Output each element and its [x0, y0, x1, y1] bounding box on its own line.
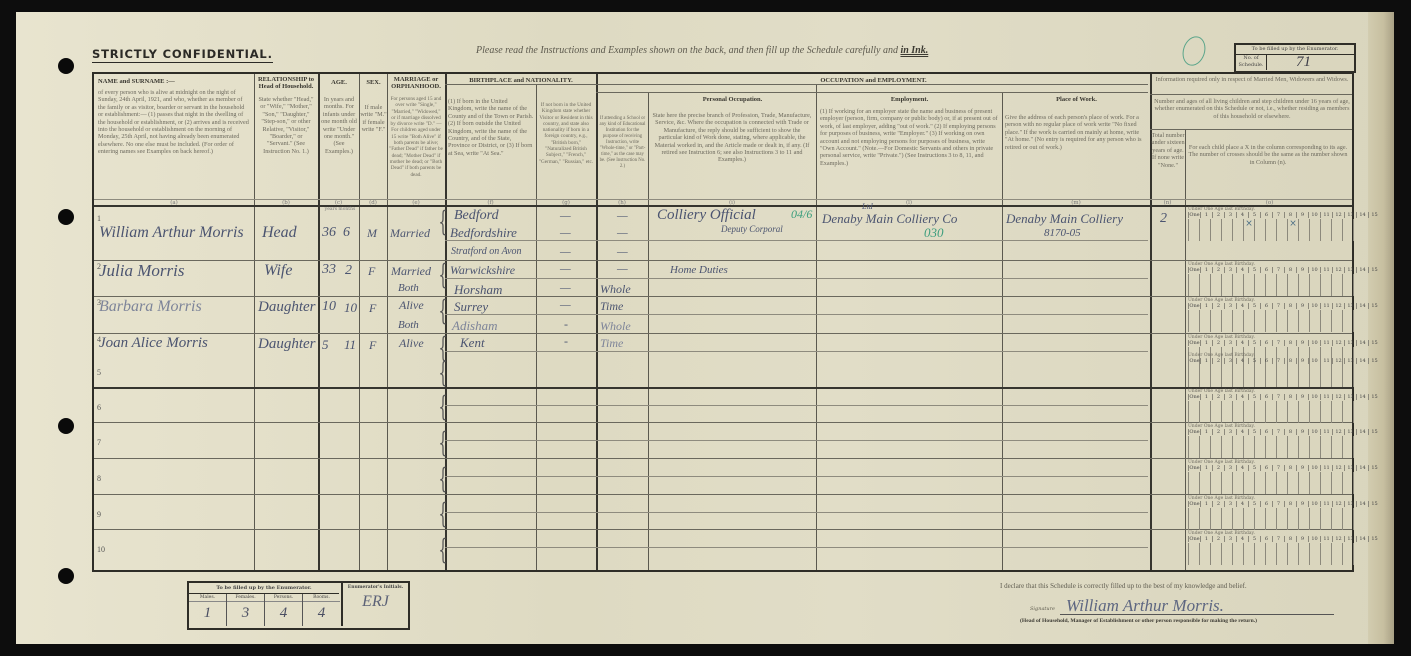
age-years: 5: [322, 337, 329, 353]
age-label: 3: [1224, 340, 1236, 346]
age-cell: [1199, 472, 1210, 494]
age-label: 1: [1200, 340, 1212, 346]
row-divider: [94, 458, 1352, 459]
label: Females.: [227, 594, 264, 602]
col-c-text: In years and months. For infants under o…: [321, 96, 357, 155]
relationship: Head: [262, 224, 297, 242]
age-label: 8: [1284, 536, 1296, 542]
age-cell: [1309, 401, 1320, 423]
age-cell: [1243, 472, 1254, 494]
age-label: 9: [1296, 394, 1308, 400]
age-grid-cells: [1188, 274, 1364, 296]
age-cell: [1353, 543, 1364, 565]
row-divider: [94, 529, 1352, 530]
age-cell: [1265, 543, 1276, 565]
instruction-emphasis: in Ink.: [900, 45, 928, 56]
birthplace-town: Adisham: [452, 318, 498, 334]
age-cell: [1210, 543, 1221, 565]
age-label: 8: [1284, 465, 1296, 471]
schooling: —: [617, 225, 628, 240]
person-name: Julia Morris: [99, 261, 184, 281]
age-label: 6: [1260, 394, 1272, 400]
age-label: 5: [1248, 267, 1260, 273]
age-cell: [1298, 472, 1309, 494]
col-divider: [387, 74, 388, 570]
col-letter: (l): [816, 200, 1002, 206]
age-label: 3: [1224, 303, 1236, 309]
age-label: 7: [1272, 303, 1284, 309]
occupation: Home Duties: [670, 264, 728, 276]
age-cell: [1188, 543, 1199, 565]
age-cell: [1232, 401, 1243, 423]
age-cell: [1298, 543, 1309, 565]
age-label: 12: [1332, 303, 1344, 309]
col-h-text: If attending a School or any kind of Edu…: [598, 116, 647, 170]
age-label: 12: [1332, 340, 1344, 346]
col-letter: (o): [1185, 200, 1354, 206]
orphanhood-status: Both: [398, 282, 419, 294]
age-label: 12: [1332, 212, 1344, 218]
age-label: 8: [1284, 340, 1296, 346]
row-divider: [445, 476, 1148, 477]
age-label: 15: [1368, 358, 1380, 364]
label: Persons.: [265, 594, 302, 602]
age-label: 7: [1272, 465, 1284, 471]
age-label: 7: [1272, 212, 1284, 218]
nationality: —: [560, 261, 571, 276]
age-label: 9: [1296, 536, 1308, 542]
age-label: 3: [1224, 212, 1236, 218]
age-grid-numbers: One123456789101112131415: [1188, 267, 1380, 273]
age-label: 12: [1332, 465, 1344, 471]
row-divider: [445, 314, 1148, 315]
age-cell: [1243, 401, 1254, 423]
age-label: 6: [1260, 429, 1272, 435]
age-cell: [1298, 219, 1309, 241]
col-a-title: NAME and SURNAME :—: [98, 78, 248, 85]
age-cell: [1353, 508, 1364, 530]
col-c-title: AGE.: [319, 79, 359, 86]
nationality: -: [564, 334, 568, 349]
orphanhood-status: Alive: [399, 298, 424, 313]
age-label: 12: [1332, 501, 1344, 507]
age-label: 6: [1260, 303, 1272, 309]
age-cell: [1276, 472, 1287, 494]
birthplace-town: Horsham: [454, 282, 502, 298]
sex: M: [367, 226, 377, 241]
age-cell: ×: [1243, 219, 1254, 241]
age-cell: [1232, 436, 1243, 458]
sex: F: [368, 264, 375, 279]
brace: {: [438, 500, 447, 528]
brace: {: [438, 261, 447, 289]
age-cell: [1331, 365, 1342, 387]
age-label: 10: [1308, 267, 1320, 273]
age-cell: [1188, 219, 1199, 241]
age-grid-cells: [1188, 401, 1364, 423]
age-label: 11: [1320, 536, 1332, 542]
col-divider: [318, 74, 320, 570]
age-label: 2: [1212, 394, 1224, 400]
col-j-text: (1) If working for an employer state the…: [820, 108, 1000, 167]
col-o-text: For each child place a X in the column c…: [1188, 144, 1348, 166]
col-k-text: Give the address of each person's place …: [1005, 114, 1147, 151]
row-divider: [445, 405, 1148, 406]
age-cell: [1320, 310, 1331, 332]
age-cell: [1298, 401, 1309, 423]
age-cell: [1232, 219, 1243, 241]
age-cell: [1265, 472, 1276, 494]
age-cell: [1276, 219, 1287, 241]
birthplace-county: Surrey: [454, 299, 488, 315]
age-label: 13: [1344, 303, 1356, 309]
age-cell: [1221, 401, 1232, 423]
age-label: 1: [1200, 465, 1212, 471]
age-grid-numbers: One123456789101112131415: [1188, 429, 1380, 435]
col-letter: (f): [445, 200, 536, 206]
age-months: 2: [345, 263, 352, 279]
age-label: 3: [1224, 429, 1236, 435]
age-label: 6: [1260, 501, 1272, 507]
age-cell: [1265, 219, 1276, 241]
age-label: 13: [1344, 267, 1356, 273]
age-label: 8: [1284, 501, 1296, 507]
age-cell: [1287, 401, 1298, 423]
age-label: 12: [1332, 536, 1344, 542]
age-label: 4: [1236, 212, 1248, 218]
col-d-text: If male write "M." if female write "F.": [360, 104, 387, 134]
age-cell: [1276, 365, 1287, 387]
age-label: 3: [1224, 536, 1236, 542]
paper-edge: [1368, 12, 1394, 644]
age-cell: [1353, 401, 1364, 423]
age-cell: [1210, 472, 1221, 494]
age-label: 14: [1356, 429, 1368, 435]
age-cell: [1243, 543, 1254, 565]
age-label: 1: [1200, 501, 1212, 507]
schooling: —: [617, 208, 628, 223]
col-j-title: Employment.: [817, 96, 1002, 103]
col-divider: [648, 92, 649, 570]
age-label: One: [1188, 358, 1200, 364]
nationality: —: [560, 244, 571, 259]
age-label: 10: [1308, 536, 1320, 542]
person-name: William Arthur Morris: [99, 224, 244, 242]
age-grid-numbers: One123456789101112131415: [1188, 303, 1380, 309]
age-label: 1: [1200, 394, 1212, 400]
age-cell: [1188, 401, 1199, 423]
age-label: One: [1188, 267, 1200, 273]
age-label: 15: [1368, 536, 1380, 542]
age-label: 15: [1368, 465, 1380, 471]
age-cell: [1331, 543, 1342, 565]
col-letter: (d): [359, 200, 387, 206]
col-divider: [254, 74, 255, 570]
enumerator-initials: Enumerator's Initials.ERJ: [341, 583, 408, 626]
declaration-text: I declare that this Schedule is correctl…: [1000, 582, 1247, 590]
age-cell: [1309, 365, 1320, 387]
col-n-text: Total number under sixteen years of age.…: [1151, 132, 1185, 169]
age-label: 4: [1236, 465, 1248, 471]
nationality: —: [560, 225, 571, 240]
row-divider: [445, 440, 1148, 441]
punch-hole: [58, 568, 74, 584]
age-cell: [1320, 365, 1331, 387]
age-cell: [1320, 508, 1331, 530]
age-label: 14: [1356, 212, 1368, 218]
age-label: 10: [1308, 212, 1320, 218]
age-grid-cells: [1188, 508, 1364, 530]
age-label: 15: [1368, 267, 1380, 273]
age-cell: [1199, 365, 1210, 387]
age-label: 10: [1308, 429, 1320, 435]
age-cell: [1254, 310, 1265, 332]
age-label: 2: [1212, 358, 1224, 364]
row-divider: [94, 296, 1352, 297]
brace: {: [438, 359, 447, 387]
enumerator-females: Females.3: [227, 594, 265, 626]
sex: F: [369, 338, 376, 353]
row-divider: [445, 240, 1148, 241]
row-divider: [94, 387, 1352, 389]
age-cell: [1188, 436, 1199, 458]
col-d-title: SEX.: [360, 79, 387, 86]
age-label: 11: [1320, 429, 1332, 435]
age-cell: [1320, 472, 1331, 494]
age-cell: [1221, 543, 1232, 565]
col-e-title: MARRIAGE or ORPHANHOOD.: [388, 76, 444, 90]
age-cell: [1232, 310, 1243, 332]
age-cell: [1221, 508, 1232, 530]
enumerator-heading: To be filled up by the Enumerator.: [189, 583, 339, 594]
age-label: 10: [1308, 340, 1320, 346]
col-k-title: Place of Work.: [1003, 96, 1150, 103]
age-grid-cells: [1188, 472, 1364, 494]
age-years: 10: [322, 299, 336, 315]
age-cell: [1331, 310, 1342, 332]
signature-label: Signature: [1030, 606, 1055, 612]
age-label: One: [1188, 303, 1200, 309]
relationship: Daughter: [258, 336, 316, 353]
age-cell: [1232, 472, 1243, 494]
age-label: 14: [1356, 465, 1368, 471]
col-letter: (c): [318, 200, 359, 206]
age-label: 13: [1344, 429, 1356, 435]
occupation-code: 04/6: [791, 207, 812, 222]
age-cell: [1342, 310, 1353, 332]
age-grid-cells: ××: [1188, 219, 1364, 241]
age-label: 11: [1320, 212, 1332, 218]
age-grid-numbers: One123456789101112131415: [1188, 465, 1380, 471]
age-label: 8: [1284, 303, 1296, 309]
age-label: 10: [1308, 465, 1320, 471]
age-cell: [1320, 436, 1331, 458]
age-cell: [1309, 508, 1320, 530]
col-divider: [1185, 129, 1186, 570]
schooling: —: [617, 261, 628, 276]
age-label: 9: [1296, 267, 1308, 273]
age-cell: [1320, 401, 1331, 423]
enumerator-box: To be filled up by the Enumerator. Males…: [187, 581, 410, 630]
age-cell: [1331, 274, 1342, 296]
age-label: 9: [1296, 501, 1308, 507]
brace: {: [438, 208, 447, 236]
age-cell: [1320, 274, 1331, 296]
confidential-title: STRICTLY CONFIDENTIAL.: [92, 47, 273, 63]
row-number: 5: [97, 368, 101, 377]
age-label: 4: [1236, 429, 1248, 435]
age-cell: [1276, 543, 1287, 565]
age-label: One: [1188, 212, 1200, 218]
age-grid-numbers: One123456789101112131415: [1188, 358, 1380, 364]
person-name: Joan Alice Morris: [99, 335, 208, 352]
brace: {: [438, 429, 447, 457]
orphanhood-status: Alive: [399, 336, 424, 351]
age-label: 7: [1272, 340, 1284, 346]
nationality: —: [560, 208, 571, 223]
age-cell: [1199, 219, 1210, 241]
brace: {: [438, 297, 447, 325]
age-grid-numbers: One123456789101112131415: [1188, 394, 1380, 400]
marriage-status: Married: [391, 264, 431, 279]
relationship: Wife: [264, 262, 292, 280]
age-label: 14: [1356, 303, 1368, 309]
age-label: 4: [1236, 394, 1248, 400]
col-letter: (h): [596, 200, 648, 206]
age-grid-cells: [1188, 436, 1364, 458]
col-divider: [536, 84, 537, 570]
age-cell: [1265, 508, 1276, 530]
age-label: 13: [1344, 358, 1356, 364]
age-cell: [1276, 274, 1287, 296]
row-divider: [1150, 129, 1352, 130]
schedule-number: 71: [1296, 54, 1311, 71]
age-label: 9: [1296, 358, 1308, 364]
age-label: 2: [1212, 501, 1224, 507]
age-label: 1: [1200, 267, 1212, 273]
place-code: 8170-05: [1044, 227, 1081, 239]
col-f-text: (1) If born in the United Kingdom, write…: [448, 98, 534, 157]
age-cell: [1309, 310, 1320, 332]
age-label: 15: [1368, 212, 1380, 218]
age-cell: [1265, 310, 1276, 332]
age-cell: [1254, 401, 1265, 423]
age-label: 15: [1368, 501, 1380, 507]
age-cell: [1265, 365, 1276, 387]
col-i-title: Personal Occupation.: [649, 96, 816, 103]
age-cell: [1342, 472, 1353, 494]
age-cell: [1342, 436, 1353, 458]
age-cell: [1287, 310, 1298, 332]
age-label: 11: [1320, 340, 1332, 346]
col-letter: (b): [254, 200, 318, 206]
relationship: Daughter: [258, 299, 316, 316]
signature: William Arthur Morris.: [1066, 596, 1224, 616]
age-cell: [1254, 219, 1265, 241]
occupation-title: OCCUPATION and EMPLOYMENT.: [597, 77, 1150, 84]
nationality: —: [560, 280, 571, 295]
age-subheader: years months: [320, 207, 360, 212]
age-label: 15: [1368, 303, 1380, 309]
label: Males.: [189, 594, 226, 602]
age-cell: [1221, 365, 1232, 387]
age-cell: [1188, 365, 1199, 387]
age-cell: [1188, 274, 1199, 296]
age-cell: [1199, 310, 1210, 332]
age-label: 15: [1368, 394, 1380, 400]
age-label: 14: [1356, 358, 1368, 364]
value: ERJ: [343, 593, 408, 611]
col-g-text: If not born in the United Kingdom state …: [538, 102, 594, 165]
birthplace-county: Bedfordshire: [450, 225, 517, 241]
age-label: 2: [1212, 340, 1224, 346]
age-label: 15: [1368, 429, 1380, 435]
row-number: 10: [97, 545, 105, 554]
age-label: 5: [1248, 303, 1260, 309]
row-number: 1: [97, 214, 101, 223]
age-label: 8: [1284, 429, 1296, 435]
birthplace-county: Warwickshire: [450, 263, 515, 278]
age-label: 5: [1248, 340, 1260, 346]
age-label: 3: [1224, 267, 1236, 273]
orphanhood-status: Both: [398, 319, 419, 331]
age-label: 8: [1284, 358, 1296, 364]
age-cell: [1232, 543, 1243, 565]
age-label: 5: [1248, 394, 1260, 400]
col-divider: [359, 74, 360, 570]
age-cell: [1265, 436, 1276, 458]
birthplace-title: BIRTHPLACE and NATIONALITY.: [446, 77, 596, 84]
age-cell: [1232, 274, 1243, 296]
age-label: 2: [1212, 429, 1224, 435]
age-cell: [1320, 219, 1331, 241]
age-cell: [1221, 274, 1232, 296]
col-letter: (e): [387, 200, 445, 206]
age-label: 9: [1296, 212, 1308, 218]
age-cell: [1353, 274, 1364, 296]
signature-note: (Head of Household, Manager of Establish…: [1020, 618, 1257, 624]
age-cell: [1309, 274, 1320, 296]
enumerator-males: Males.1: [189, 594, 227, 626]
brace: {: [438, 536, 447, 564]
age-cell: [1331, 401, 1342, 423]
age-cell: [1243, 508, 1254, 530]
row-divider: [596, 92, 1148, 93]
age-cell: [1210, 365, 1221, 387]
age-label: 4: [1236, 536, 1248, 542]
place-of-work: Denaby Main Colliery: [1006, 211, 1123, 227]
age-cell: ×: [1287, 219, 1298, 241]
age-years: 33: [322, 262, 336, 278]
age-cell: [1232, 365, 1243, 387]
age-cell: [1210, 508, 1221, 530]
age-cell: [1287, 365, 1298, 387]
marriage-status: Married: [390, 226, 430, 241]
age-label: 11: [1320, 394, 1332, 400]
age-label: 5: [1248, 358, 1260, 364]
value: 1: [189, 602, 226, 624]
age-label: 2: [1212, 267, 1224, 273]
age-label: 1: [1200, 536, 1212, 542]
birthplace-town: Bedford: [454, 208, 499, 224]
age-cell: [1276, 401, 1287, 423]
age-cell: [1342, 365, 1353, 387]
age-label: 12: [1332, 358, 1344, 364]
age-cell: [1342, 219, 1353, 241]
schedule-number-box: To be filled up by the Enumerator. No. o…: [1234, 43, 1356, 73]
age-cell: [1309, 543, 1320, 565]
age-label: 8: [1284, 212, 1296, 218]
